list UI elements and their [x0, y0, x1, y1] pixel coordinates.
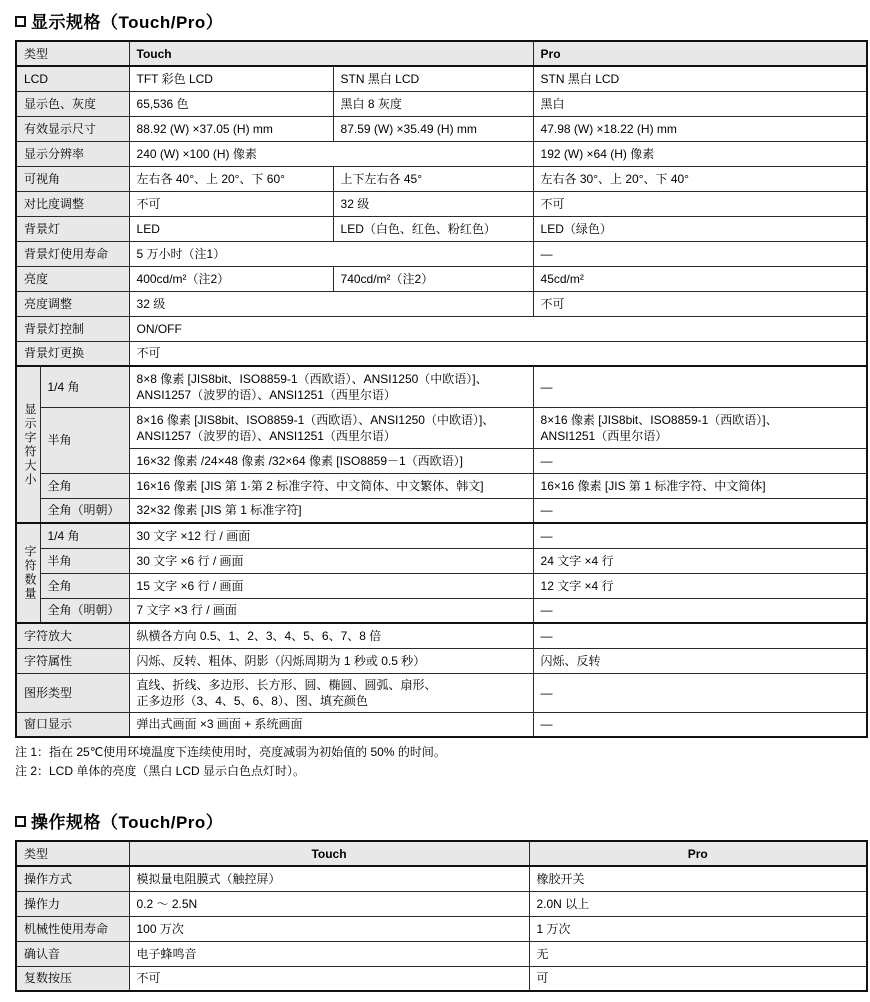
row-char-count-half-label: 半角	[40, 548, 129, 573]
row-brightness-adj-label: 亮度调整	[16, 291, 129, 316]
row-char-attr: 字符属性 闪烁、反转、粗体、阴影（闪烁周期为 1 秒或 0.5 秒） 闪烁、反转	[16, 648, 867, 673]
row-char-size-full-pro: 16×16 像素 [JIS 第 1 标准字符、中文简体]	[533, 473, 867, 498]
row-char-attr-touch: 闪烁、反转、粗体、阴影（闪烁周期为 1 秒或 0.5 秒）	[129, 648, 533, 673]
row-char-count-full-pro: 12 文字 ×4 行	[533, 573, 867, 598]
spec-page: 显示规格（Touch/Pro） 类型 Touch Pro LCD TFT 彩色 …	[0, 0, 870, 1002]
row-op-life: 机械性使用寿命 100 万次 1 万次	[16, 916, 867, 941]
row-op-force-touch: 0.2 ～ 2.5N	[129, 891, 529, 916]
row-op-method-touch: 模拟量电阻膜式（触控屏）	[129, 866, 529, 891]
row-char-size-mincho-pro: —	[533, 498, 867, 523]
row-type-label: 类型	[16, 41, 129, 66]
row-brightness: 亮度 400cd/m²（注2） 740cd/m²（注2） 45cd/m²	[16, 266, 867, 291]
row-backlight-replace: 背景灯更换 不可	[16, 341, 867, 366]
row-char-size-half-pro-b: —	[533, 448, 867, 473]
display-spec-title: 显示规格（Touch/Pro）	[15, 8, 866, 33]
row-view-angle-pro: 左右各 30°、上 20°、下 40°	[533, 166, 867, 191]
row-display-size-touch1: 88.92 (W) ×37.05 (H) mm	[129, 116, 333, 141]
row-backlight: 背景灯 LED LED（白色、红色、粉红色） LED（绿色）	[16, 216, 867, 241]
row-contrast-adj-touch2: 32 级	[333, 191, 533, 216]
note-2: 注 2：LCD 单体的亮度（黑白 LCD 显示白色点灯时）。	[15, 762, 866, 781]
group-char-size-label: 显示字符大小	[24, 403, 36, 487]
row-backlight-life: 背景灯使用寿命 5 万小时（注1） —	[16, 241, 867, 266]
row-char-count-quarter: 字符数量 1/4 角 30 文字 ×12 行 / 画面 —	[16, 523, 867, 548]
row-backlight-pro: LED（绿色）	[533, 216, 867, 241]
row-char-size-quarter: 显示字符大小 1/4 角 8×8 像素 [JIS8bit、ISO8859-1（西…	[16, 366, 867, 407]
row-char-attr-pro: 闪烁、反转	[533, 648, 867, 673]
col-header-pro: Pro	[533, 41, 867, 66]
row-backlight-life-label: 背景灯使用寿命	[16, 241, 129, 266]
row-char-attr-label: 字符属性	[16, 648, 129, 673]
row-brightness-touch1: 400cd/m²（注2）	[129, 266, 333, 291]
row-op-type-label: 类型	[16, 841, 129, 866]
row-brightness-adj-pro: 不可	[533, 291, 867, 316]
row-graphic-types-touch: 直线、折线、多边形、长方形、圆、椭圆、圆弧、扇形、 正多边形（3、4、5、6、8…	[129, 673, 533, 712]
row-char-zoom: 字符放大 纵横各方向 0.5、1、2、3、4、5、6、7、8 倍 —	[16, 623, 867, 648]
row-backlight-life-pro: —	[533, 241, 867, 266]
row-contrast-adj-touch1: 不可	[129, 191, 333, 216]
row-color-gray-label: 显示色、灰度	[16, 91, 129, 116]
row-color-gray-touch2: 黑白 8 灰度	[333, 91, 533, 116]
row-backlight-touch1: LED	[129, 216, 333, 241]
group-char-size: 显示字符大小	[16, 366, 40, 523]
row-char-count-mincho-touch: 7 文字 ×3 行 / 画面	[129, 598, 533, 623]
row-op-force-label: 操作力	[16, 891, 129, 916]
row-contrast-adj: 对比度调整 不可 32 级 不可	[16, 191, 867, 216]
col-header-touch: Touch	[129, 41, 533, 66]
row-char-count-half-touch: 30 文字 ×6 行 / 画面	[129, 548, 533, 573]
row-char-size-full-touch: 16×16 像素 [JIS 第 1·第 2 标准字符、中文简体、中文繁体、韩文]	[129, 473, 533, 498]
row-window-display-pro: —	[533, 712, 867, 737]
row-op-multipress-touch: 不可	[129, 966, 529, 991]
row-lcd: LCD TFT 彩色 LCD STN 黑白 LCD STN 黑白 LCD	[16, 66, 867, 91]
row-char-size-full: 全角 16×16 像素 [JIS 第 1·第 2 标准字符、中文简体、中文繁体、…	[16, 473, 867, 498]
row-resolution-pro: 192 (W) ×64 (H) 像素	[533, 141, 867, 166]
section-bullet-icon	[15, 16, 26, 27]
row-op-beep-pro: 无	[529, 941, 867, 966]
row-char-size-half-b: 16×32 像素 /24×48 像素 /32×64 像素 [ISO8859－1（…	[16, 448, 867, 473]
row-backlight-label: 背景灯	[16, 216, 129, 241]
row-char-zoom-label: 字符放大	[16, 623, 129, 648]
group-char-count: 字符数量	[16, 523, 40, 623]
row-char-count-full-label: 全角	[40, 573, 129, 598]
row-display-size-touch2: 87.59 (W) ×35.49 (H) mm	[333, 116, 533, 141]
row-graphic-types-label: 图形类型	[16, 673, 129, 712]
row-backlight-life-touch: 5 万小时（注1）	[129, 241, 533, 266]
row-backlight-ctrl-value: ON/OFF	[129, 316, 867, 341]
row-char-count-quarter-touch: 30 文字 ×12 行 / 画面	[129, 523, 533, 548]
row-op-method-label: 操作方式	[16, 866, 129, 891]
row-op-force: 操作力 0.2 ～ 2.5N 2.0N 以上	[16, 891, 867, 916]
row-char-zoom-pro: —	[533, 623, 867, 648]
row-display-size-label: 有效显示尺寸	[16, 116, 129, 141]
row-char-size-half-touch-b: 16×32 像素 /24×48 像素 /32×64 像素 [ISO8859－1（…	[129, 448, 533, 473]
row-op-multipress-label: 复数按压	[16, 966, 129, 991]
row-window-display-touch: 弹出式画面 ×3 画面 + 系统画面	[129, 712, 533, 737]
display-spec-title-text: 显示规格（Touch/Pro）	[31, 8, 223, 33]
row-view-angle: 可视角 左右各 40°、上 20°、下 60° 上下左右各 45° 左右各 30…	[16, 166, 867, 191]
row-op-method-pro: 橡胶开关	[529, 866, 867, 891]
row-resolution: 显示分辨率 240 (W) ×100 (H) 像素 192 (W) ×64 (H…	[16, 141, 867, 166]
op-col-header-touch: Touch	[129, 841, 529, 866]
row-lcd-touch1: TFT 彩色 LCD	[129, 66, 333, 91]
row-display-size: 有效显示尺寸 88.92 (W) ×37.05 (H) mm 87.59 (W)…	[16, 116, 867, 141]
row-contrast-adj-pro: 不可	[533, 191, 867, 216]
row-lcd-label: LCD	[16, 66, 129, 91]
row-char-size-mincho-touch: 32×32 像素 [JIS 第 1 标准字符]	[129, 498, 533, 523]
row-resolution-touch: 240 (W) ×100 (H) 像素	[129, 141, 533, 166]
display-spec-table: 类型 Touch Pro LCD TFT 彩色 LCD STN 黑白 LCD S…	[15, 40, 868, 738]
row-brightness-label: 亮度	[16, 266, 129, 291]
note-1: 注 1：指在 25℃使用环境温度下连续使用时，亮度减弱为初始值的 50% 的时间…	[15, 743, 866, 762]
row-char-size-full-label: 全角	[40, 473, 129, 498]
row-op-life-label: 机械性使用寿命	[16, 916, 129, 941]
row-color-gray-touch1: 65,536 色	[129, 91, 333, 116]
row-display-size-pro: 47.98 (W) ×18.22 (H) mm	[533, 116, 867, 141]
row-backlight-touch2: LED（白色、红色、粉红色）	[333, 216, 533, 241]
row-lcd-touch2: STN 黑白 LCD	[333, 66, 533, 91]
row-char-zoom-touch: 纵横各方向 0.5、1、2、3、4、5、6、7、8 倍	[129, 623, 533, 648]
row-op-multipress-pro: 可	[529, 966, 867, 991]
footnotes: 注 1：指在 25℃使用环境温度下连续使用时，亮度减弱为初始值的 50% 的时间…	[15, 743, 866, 781]
row-contrast-adj-label: 对比度调整	[16, 191, 129, 216]
row-char-size-quarter-pro: —	[533, 366, 867, 407]
row-char-size-quarter-touch: 8×8 像素 [JIS8bit、ISO8859-1（西欧语）、ANSI1250（…	[129, 366, 533, 407]
row-char-count-quarter-pro: —	[533, 523, 867, 548]
row-brightness-adj-touch: 32 级	[129, 291, 533, 316]
row-char-size-mincho: 全角（明朝） 32×32 像素 [JIS 第 1 标准字符] —	[16, 498, 867, 523]
operation-spec-table: 类型 Touch Pro 操作方式 模拟量电阻膜式（触控屏） 橡胶开关 操作力 …	[15, 840, 868, 992]
row-backlight-ctrl: 背景灯控制 ON/OFF	[16, 316, 867, 341]
row-char-size-half-pro-a: 8×16 像素 [JIS8bit、ISO8859-1（西欧语）]、 ANSI12…	[533, 407, 867, 448]
row-op-life-pro: 1 万次	[529, 916, 867, 941]
row-char-count-mincho-label: 全角（明朝）	[40, 598, 129, 623]
row-window-display: 窗口显示 弹出式画面 ×3 画面 + 系统画面 —	[16, 712, 867, 737]
row-view-angle-touch2: 上下左右各 45°	[333, 166, 533, 191]
row-backlight-ctrl-label: 背景灯控制	[16, 316, 129, 341]
row-graphic-types-pro: —	[533, 673, 867, 712]
row-char-size-half-a: 半角 8×16 像素 [JIS8bit、ISO8859-1（西欧语）、ANSI1…	[16, 407, 867, 448]
row-op-beep-touch: 电子蜂鸣音	[129, 941, 529, 966]
operation-spec-title: 操作规格（Touch/Pro）	[15, 808, 866, 833]
row-backlight-replace-label: 背景灯更换	[16, 341, 129, 366]
row-op-type: 类型 Touch Pro	[16, 841, 867, 866]
section-bullet-icon	[15, 816, 26, 827]
row-char-count-quarter-label: 1/4 角	[40, 523, 129, 548]
row-graphic-types: 图形类型 直线、折线、多边形、长方形、圆、椭圆、圆弧、扇形、 正多边形（3、4、…	[16, 673, 867, 712]
row-op-force-pro: 2.0N 以上	[529, 891, 867, 916]
row-op-beep-label: 确认音	[16, 941, 129, 966]
row-char-count-full-touch: 15 文字 ×6 行 / 画面	[129, 573, 533, 598]
row-brightness-adj: 亮度调整 32 级 不可	[16, 291, 867, 316]
row-op-method: 操作方式 模拟量电阻膜式（触控屏） 橡胶开关	[16, 866, 867, 891]
row-view-angle-label: 可视角	[16, 166, 129, 191]
row-backlight-replace-value: 不可	[129, 341, 867, 366]
row-brightness-touch2: 740cd/m²（注2）	[333, 266, 533, 291]
operation-spec-title-text: 操作规格（Touch/Pro）	[31, 808, 223, 833]
op-col-header-pro: Pro	[529, 841, 867, 866]
row-char-count-full: 全角 15 文字 ×6 行 / 画面 12 文字 ×4 行	[16, 573, 867, 598]
row-op-beep: 确认音 电子蜂鸣音 无	[16, 941, 867, 966]
row-color-gray-pro: 黑白	[533, 91, 867, 116]
row-char-count-mincho: 全角（明朝） 7 文字 ×3 行 / 画面 —	[16, 598, 867, 623]
row-char-size-half-touch-a: 8×16 像素 [JIS8bit、ISO8859-1（西欧语）、ANSI1250…	[129, 407, 533, 448]
row-char-count-half-pro: 24 文字 ×4 行	[533, 548, 867, 573]
row-lcd-pro: STN 黑白 LCD	[533, 66, 867, 91]
row-resolution-label: 显示分辨率	[16, 141, 129, 166]
row-view-angle-touch1: 左右各 40°、上 20°、下 60°	[129, 166, 333, 191]
row-op-multipress: 复数按压 不可 可	[16, 966, 867, 991]
row-window-display-label: 窗口显示	[16, 712, 129, 737]
row-char-size-half-label: 半角	[40, 407, 129, 473]
row-char-size-mincho-label: 全角（明朝）	[40, 498, 129, 523]
row-op-life-touch: 100 万次	[129, 916, 529, 941]
row-char-count-half: 半角 30 文字 ×6 行 / 画面 24 文字 ×4 行	[16, 548, 867, 573]
row-char-size-quarter-label: 1/4 角	[40, 366, 129, 407]
row-brightness-pro: 45cd/m²	[533, 266, 867, 291]
row-char-count-mincho-pro: —	[533, 598, 867, 623]
group-char-count-label: 字符数量	[24, 545, 36, 601]
row-color-gray: 显示色、灰度 65,536 色 黑白 8 灰度 黑白	[16, 91, 867, 116]
row-type: 类型 Touch Pro	[16, 41, 867, 66]
